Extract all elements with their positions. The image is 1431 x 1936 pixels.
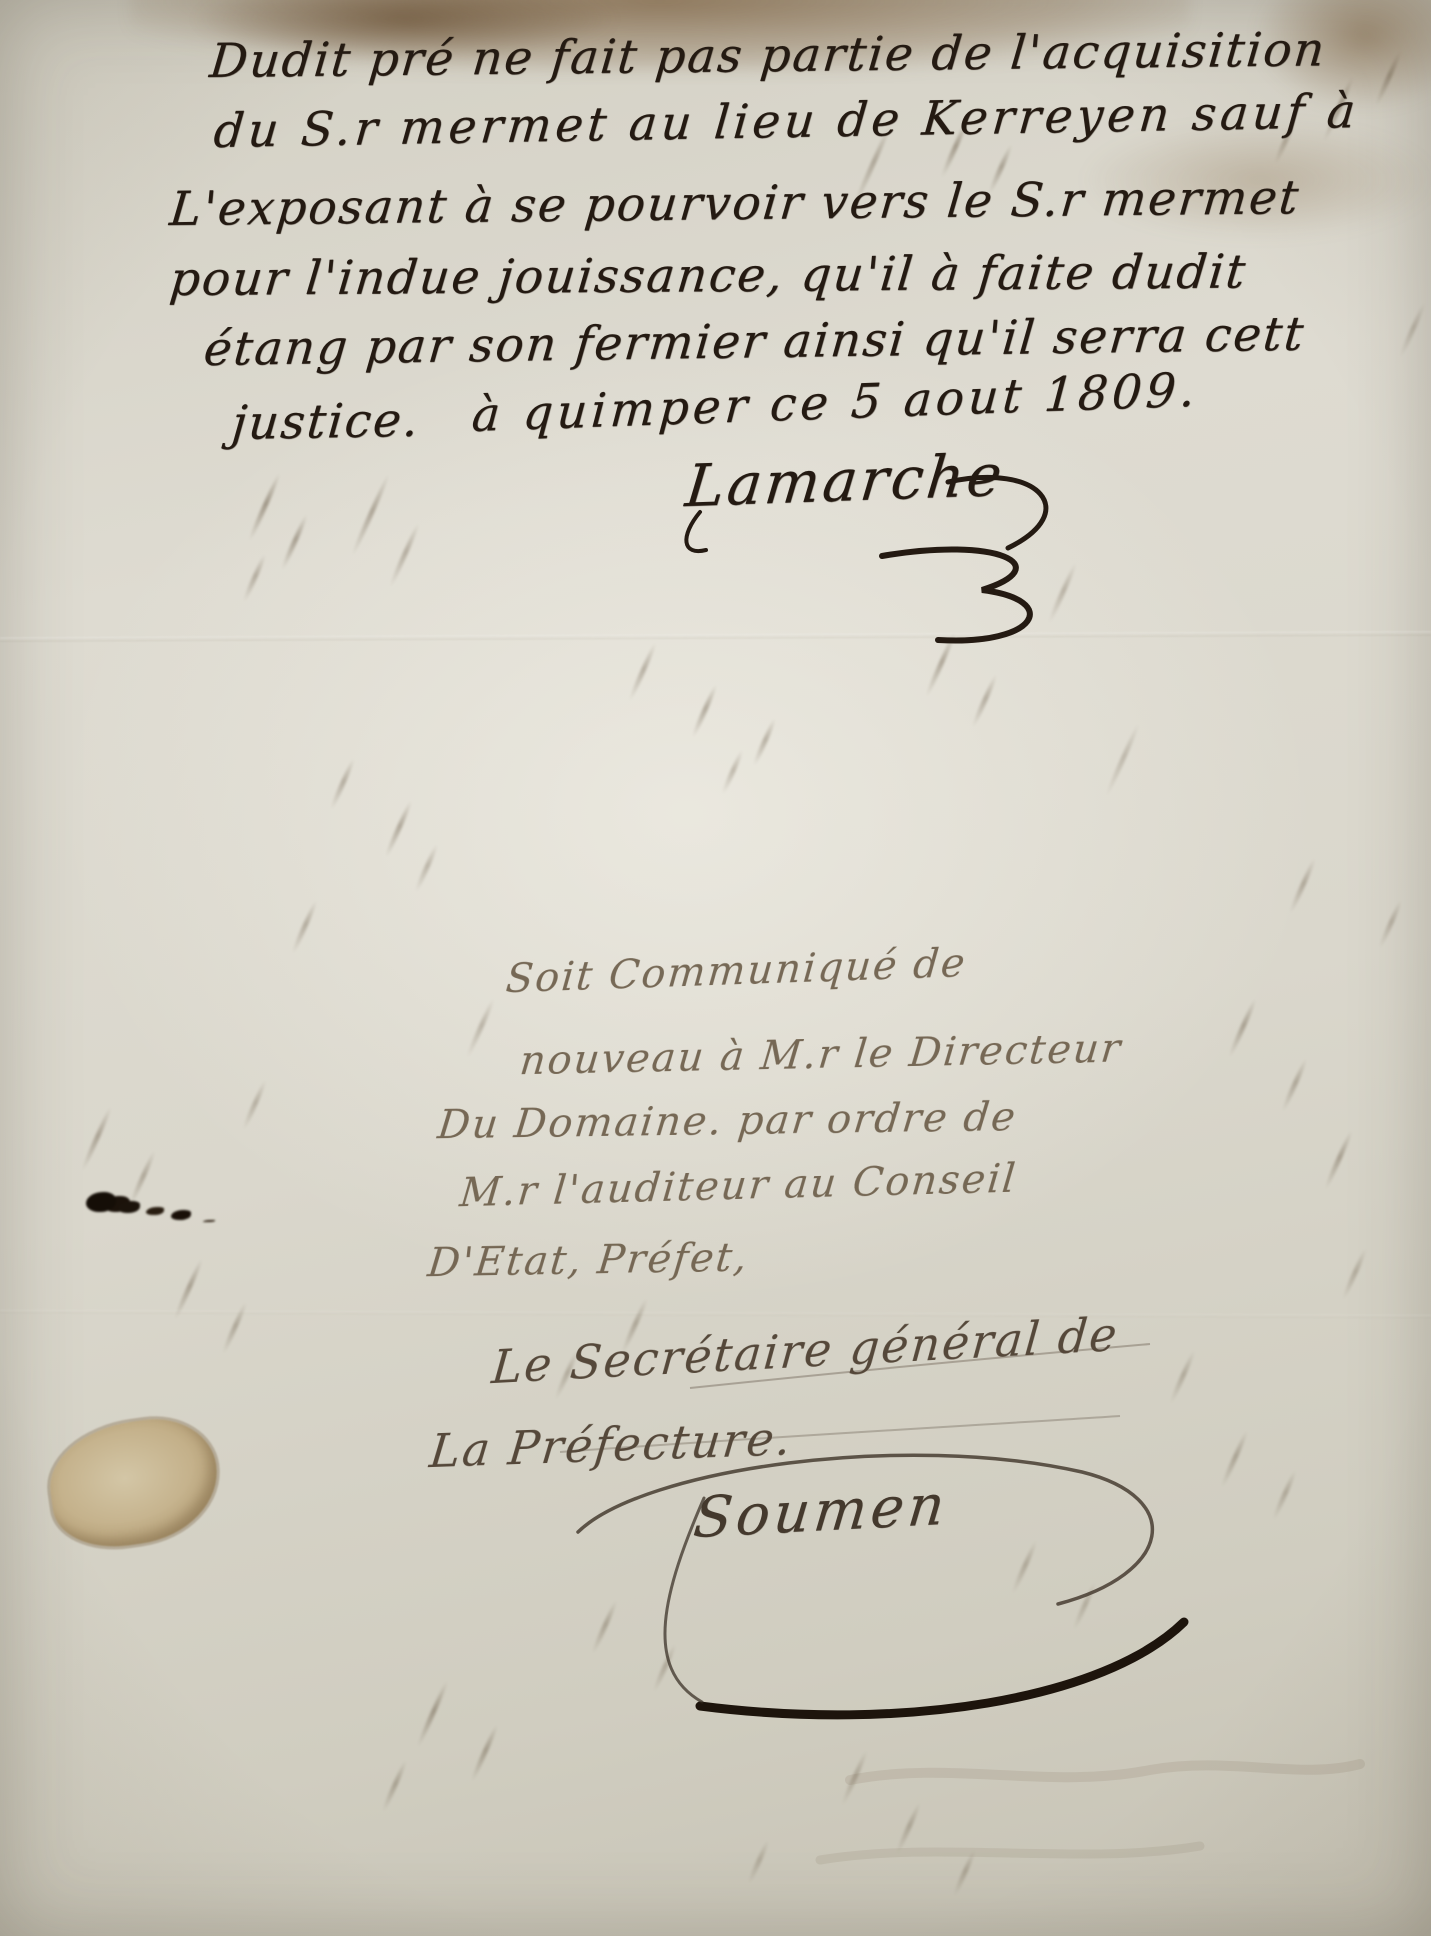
ink-bleed-mark — [627, 642, 658, 703]
ink-blot — [86, 1192, 116, 1212]
horizontal-crease — [0, 1310, 1431, 1319]
apostille-line: Soit Communiqué de — [504, 940, 969, 1002]
manuscript-line: justice. — [230, 393, 423, 451]
ink-bleed-mark — [1341, 1247, 1368, 1300]
ink-bleed-mark — [652, 1643, 678, 1693]
ink-bleed-mark — [242, 553, 268, 603]
ink-bleed-mark — [80, 1106, 113, 1172]
ink-bleed-mark — [970, 673, 998, 728]
ink-bleed-mark — [690, 683, 718, 738]
apostille-line: Du Domaine. par ordre de — [435, 1094, 1019, 1148]
ink-bleed-mark — [590, 1599, 618, 1654]
ink-bleed-mark — [895, 1801, 922, 1854]
ink-bleed-mark — [1010, 1539, 1038, 1594]
closing-line: Le Secrétaire général de — [490, 1307, 1121, 1394]
manuscript-line: pour l'indue jouissance, qu'il à faite d… — [167, 244, 1249, 307]
apostille-line: D'Etat, Préfet, — [426, 1234, 751, 1286]
ink-bleed-mark — [952, 1849, 977, 1897]
ink-bleed-mark — [1398, 302, 1427, 359]
apostille-line: nouveau à M.r le Directeur — [518, 1025, 1125, 1084]
ink-bleed-mark — [1227, 998, 1258, 1059]
apostille-line: M.r l'auditeur au Conseil — [458, 1155, 1019, 1216]
ink-bleed-mark — [752, 717, 778, 767]
closing-line: La Préfecture. — [427, 1411, 795, 1478]
ink-bleed-mark — [1323, 1130, 1354, 1191]
ink-bleed-mark — [1072, 1581, 1098, 1631]
ink-bleed-mark — [470, 1724, 500, 1783]
ink-bleed-mark — [1280, 1057, 1308, 1112]
ink-bleed-mark — [1047, 562, 1078, 624]
dateline: à quimper ce 5 aout 1809. — [470, 363, 1201, 444]
ink-bleed-mark — [329, 757, 356, 810]
ink-bleed-mark — [746, 1839, 770, 1885]
manuscript-line: du S.r mermet au lieu de Kerreyen sauf à — [212, 84, 1362, 159]
manuscript-line: L'exposant à se pourvoir vers le S.r mer… — [167, 170, 1302, 237]
ink-bleed-mark — [388, 522, 421, 588]
signature-secretaire: Soumen — [691, 1472, 952, 1551]
ink-bleed-mark — [128, 1150, 157, 1207]
ink-bleed-mark — [1104, 722, 1141, 797]
ink-bleed-mark — [350, 473, 391, 557]
ink-bleed-mark — [247, 472, 282, 542]
ink-bleed-mark — [416, 1680, 450, 1748]
signature-lamarche: Lamarche — [682, 441, 1008, 520]
ink-bleed-mark — [840, 1750, 869, 1807]
ink-bleed-mark — [384, 800, 414, 859]
horizontal-crease — [0, 631, 1431, 642]
ink-bleed-mark — [414, 843, 440, 893]
ink-bleed-mark — [465, 998, 496, 1059]
ink-bleed-mark — [1288, 858, 1317, 915]
manuscript-line: Dudit pré ne fait pas partie de l'acquis… — [207, 22, 1328, 89]
ink-bleed-mark — [241, 1079, 268, 1130]
ink-bleed-mark — [173, 1258, 204, 1320]
ink-bleed-mark — [381, 1759, 408, 1812]
ink-bleed-mark — [1220, 1430, 1250, 1489]
ink-bleed-mark — [280, 514, 309, 571]
ink-bleed-mark — [290, 899, 318, 954]
ink-bleed-mark — [1378, 899, 1404, 949]
ink-bleed-mark — [1374, 50, 1403, 107]
ink-bleed-mark — [924, 632, 957, 698]
ink-bleed-mark — [221, 1301, 248, 1354]
manuscript-page: Dudit pré ne fait pas partie de l'acquis… — [0, 0, 1431, 1936]
ink-bleed-mark — [1271, 1469, 1298, 1520]
torn-paper-patch — [42, 1411, 225, 1555]
ink-bleed-mark — [1168, 1349, 1196, 1404]
ink-bleed-mark — [720, 749, 744, 795]
